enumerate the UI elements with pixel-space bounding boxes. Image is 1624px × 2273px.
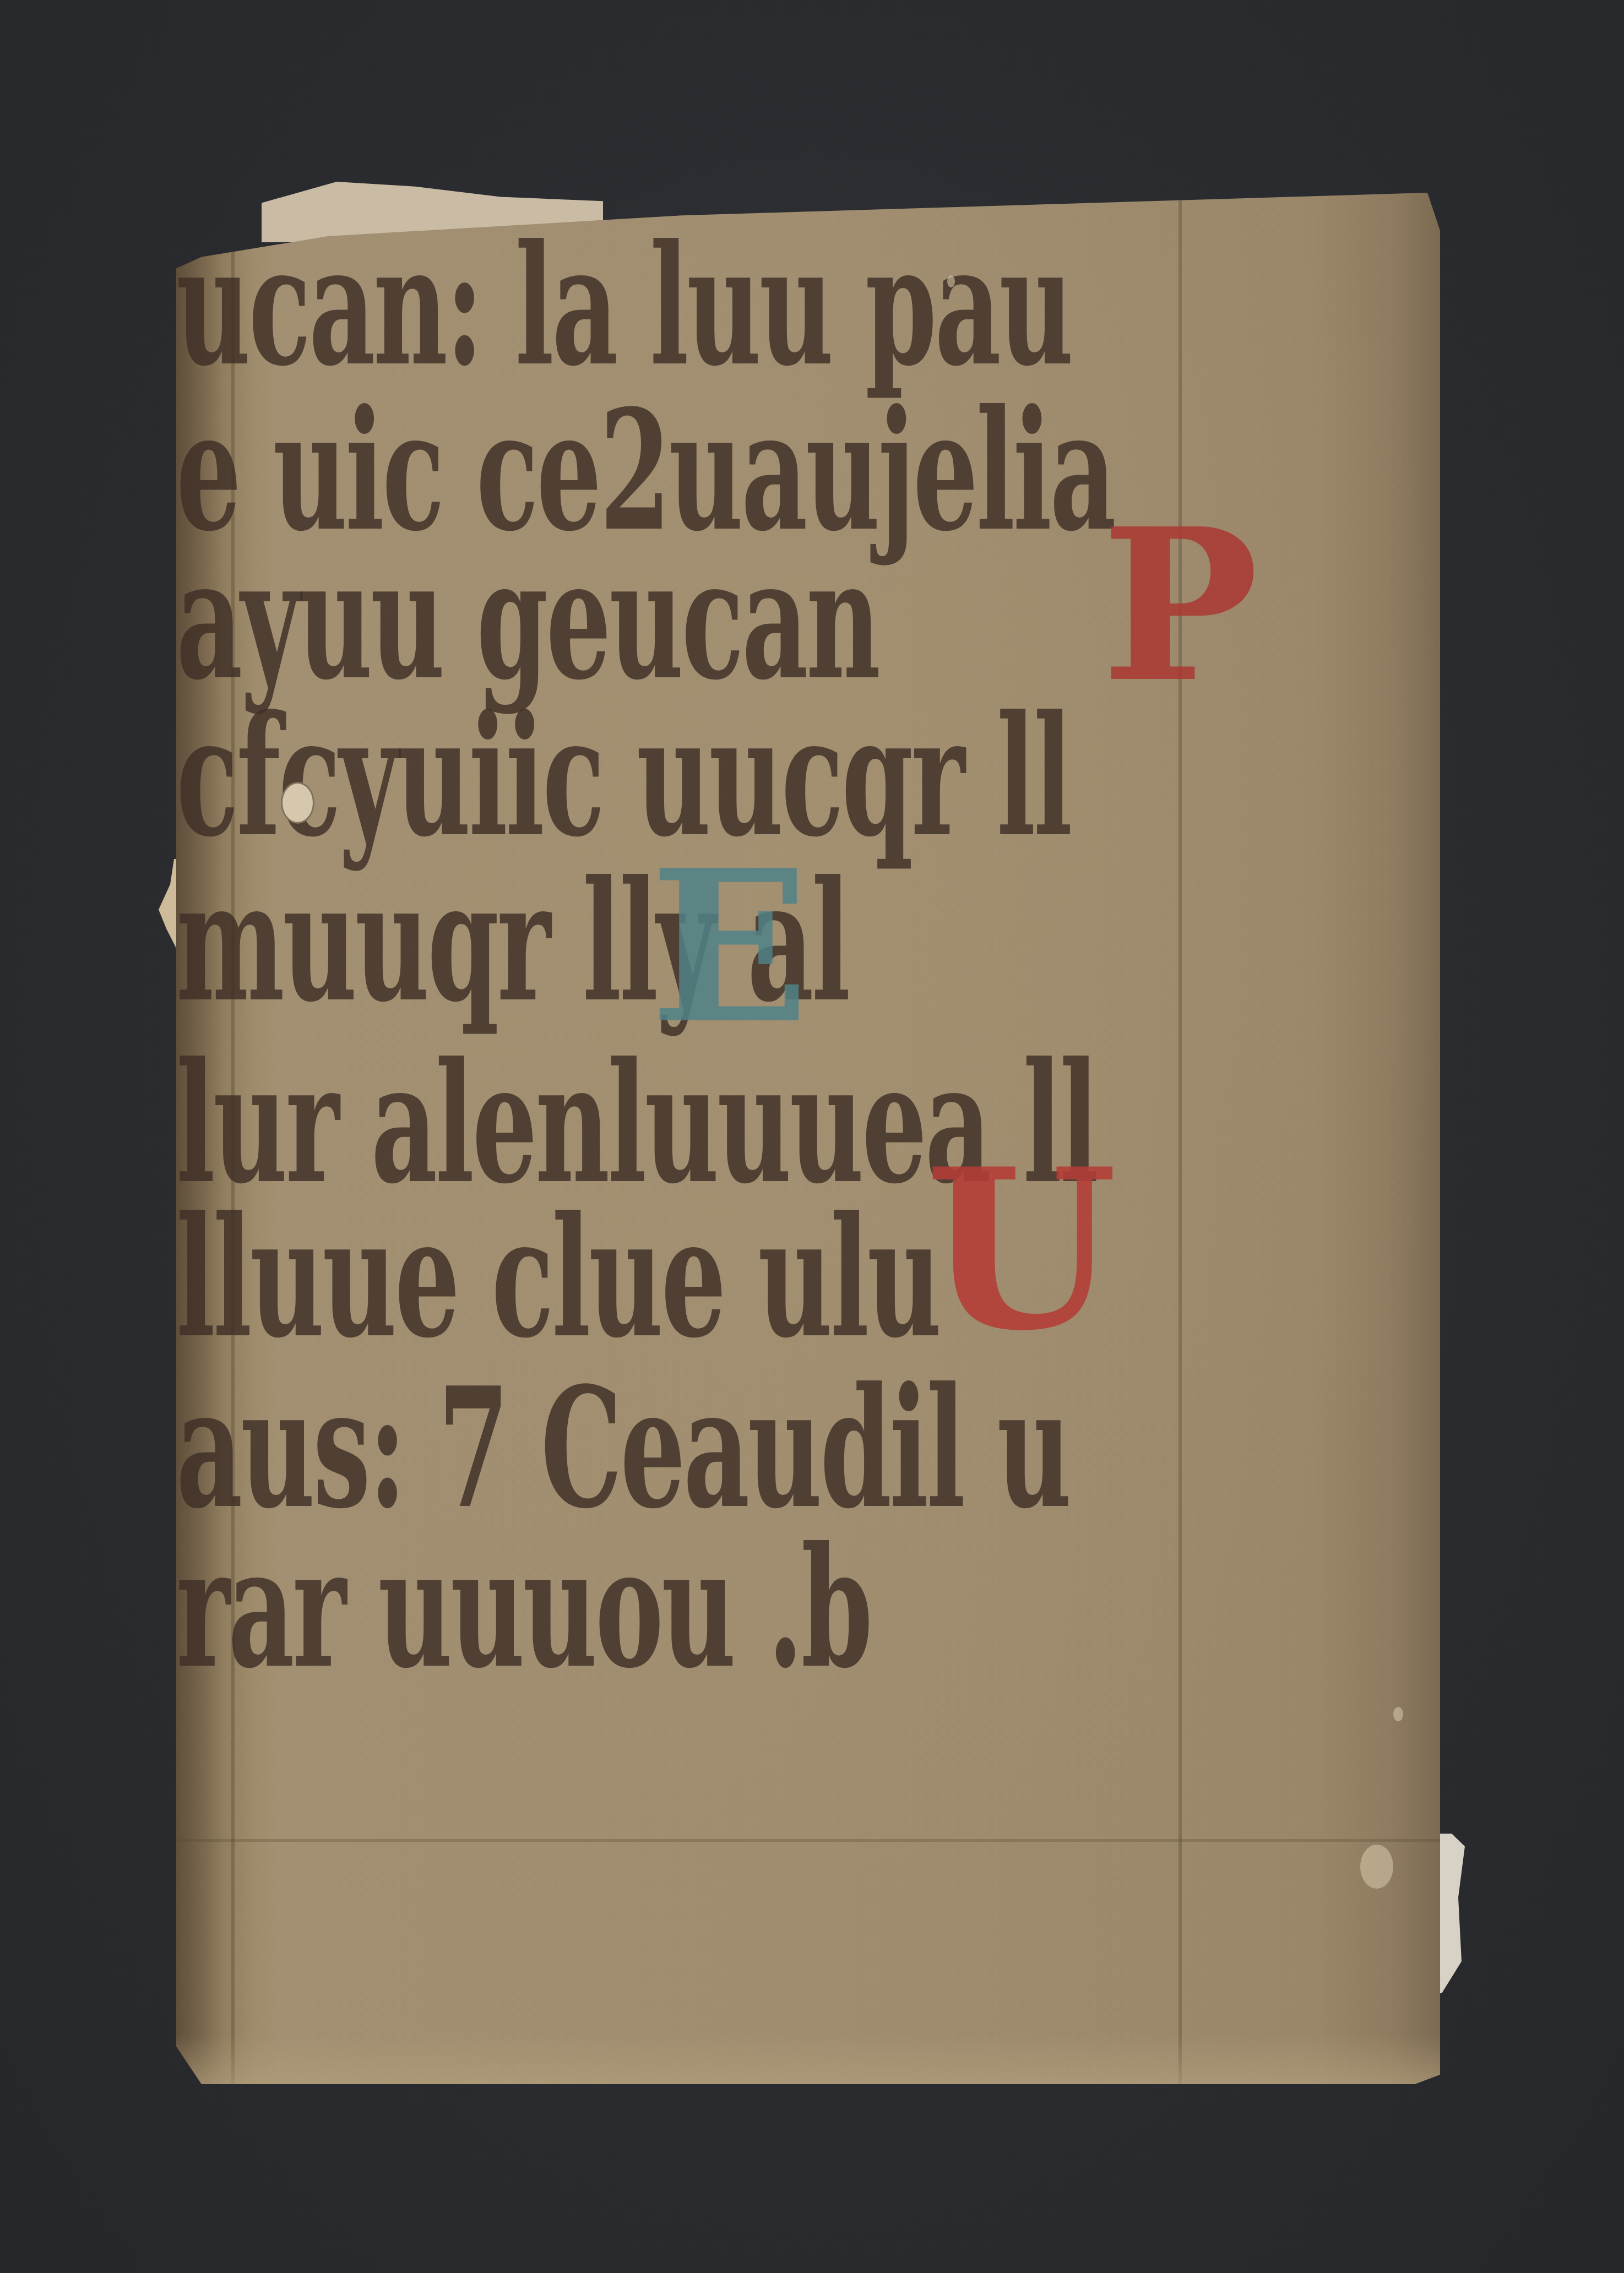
worm-hole — [281, 782, 314, 824]
red-initial-u: U — [925, 1140, 1117, 1360]
parchment-scuff — [947, 275, 955, 287]
blue-initial-e: E — [650, 842, 810, 1052]
manuscript-line-8: aus: 7 Ceaudil u — [176, 1366, 960, 1531]
horizontal-crease — [176, 1839, 1440, 1842]
manuscript-line-7: lluue clue ulu — [176, 1195, 960, 1360]
red-initial-p: P — [1101, 501, 1259, 710]
parchment-scuff — [1360, 1845, 1393, 1889]
manuscript-line-4: cfcyuiic uucqr ll — [176, 694, 960, 859]
vertical-fold-line — [1178, 193, 1182, 2084]
manuscript-line-9: rar uuuou .b — [176, 1525, 960, 1690]
manuscript-line-5: muuqr lly al — [176, 859, 960, 1024]
worn-bottom-edge — [176, 2035, 1440, 2084]
manuscript-cover: ucan: la luu pau e uic ce2uaujelia ayuu … — [176, 193, 1440, 2084]
parchment-scuff — [1393, 1707, 1403, 1721]
manuscript-line-1: ucan: la luu pau — [176, 223, 960, 388]
manuscript-line-3: ayuu geucan — [176, 537, 960, 702]
